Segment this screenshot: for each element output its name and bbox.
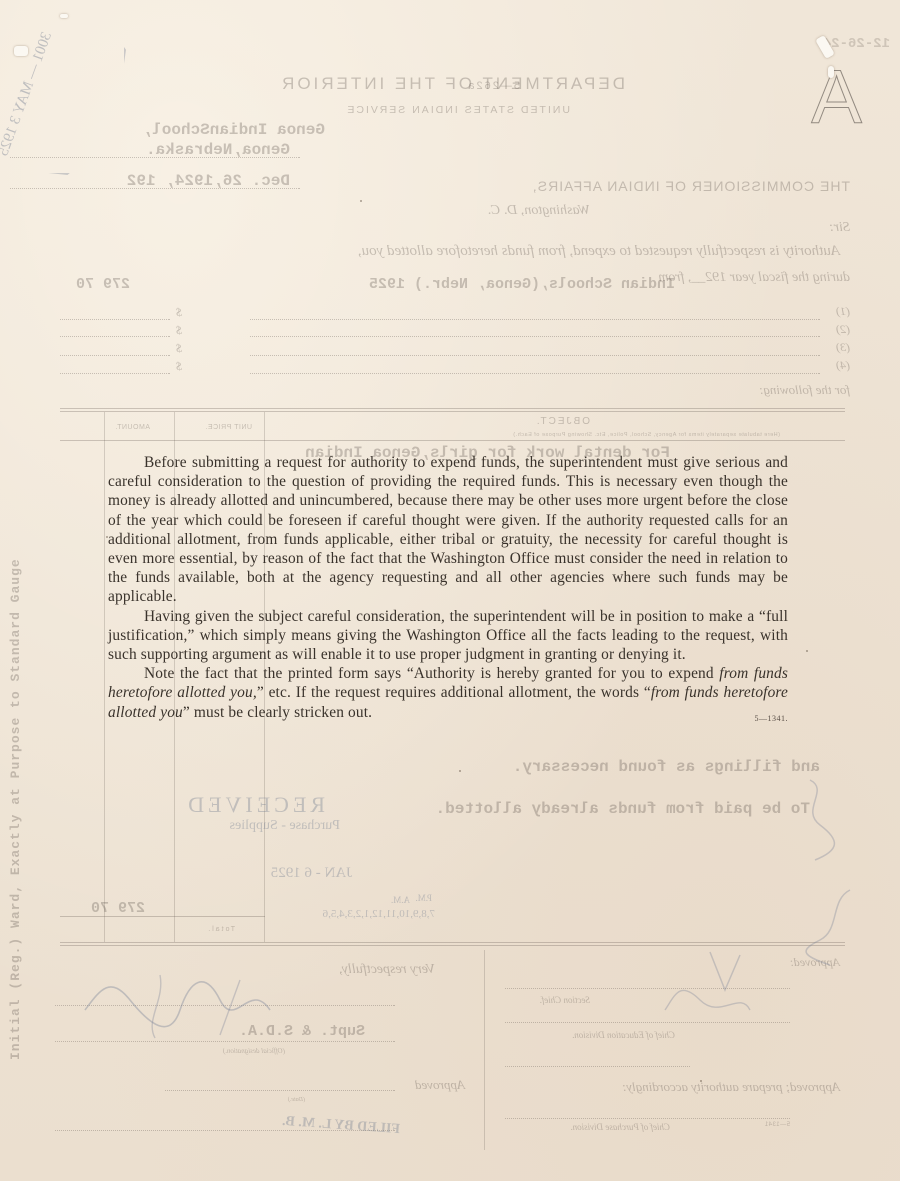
ghost-dollar: $ xyxy=(176,359,182,374)
ghost-request-line: Authority is respectfully requested to e… xyxy=(358,243,840,260)
ghost-for-following: for the following: xyxy=(759,382,850,398)
ghost-approved-colon: Approved: xyxy=(790,955,840,970)
ghost-small-code: 5—1341 xyxy=(764,1122,790,1128)
ghost-dollar: $ xyxy=(176,323,182,338)
form-code: 5—1341. xyxy=(719,709,789,728)
ghost-amount-header: AMOUNT. xyxy=(115,424,150,431)
paragraph-3-text: ” etc. If the request requires additiona… xyxy=(257,684,651,701)
ghost-fiscal-prefix: during the fiscal year 192__, from xyxy=(658,270,850,286)
paragraph-3-text: Note the fact that the printed form says… xyxy=(144,665,719,682)
ghost-service: UNITED STATES INDIAN SERVICE xyxy=(345,104,570,116)
ghost-purchase-chief: Chief of Purchase Division. xyxy=(570,1122,670,1132)
ghost-section-chief: Section Chief. xyxy=(540,995,591,1005)
ghost-city: Washington, D. C. xyxy=(487,203,590,219)
staple-hole-icon xyxy=(828,66,834,78)
instruction-paragraph-3: Note the fact that the printed form says… xyxy=(108,664,788,722)
ghost-fund-name: Indian Schools,(Genoa, Nebr.) 1925 xyxy=(369,276,675,293)
ghost-date: Dec. 26,1924, 192 xyxy=(127,172,290,190)
ghost-date-label: (Date.) xyxy=(288,1097,305,1103)
handwritten-initials-icon xyxy=(650,950,770,1030)
ghost-dollar: $ xyxy=(176,305,182,320)
ghost-prepare-authority: Approved; prepare authority accordingly: xyxy=(622,1079,840,1095)
ghost-education-chief: Chief of Education Division. xyxy=(572,1030,675,1040)
ghost-line-label: (3) xyxy=(836,340,850,355)
instruction-block: Before submitting a request for authorit… xyxy=(108,453,788,728)
ghost-paid-from: To be paid from funds already allotted. xyxy=(436,800,810,818)
ghost-department: DEPARTMENT OF THE INTERIOR xyxy=(279,74,625,94)
ghost-school: Genoa IndianSchool, xyxy=(143,121,325,139)
ghost-total-label: Total. xyxy=(206,926,235,933)
ghost-total-amount: 279 70 xyxy=(91,900,145,917)
ghost-line-label: (1) xyxy=(836,304,850,319)
paper-speck xyxy=(106,536,108,538)
paper-speck xyxy=(459,770,461,772)
ghost-approved-label: Approved xyxy=(415,1077,465,1093)
staple-hole-icon xyxy=(815,35,835,59)
ghost-object-note: (Here tabulate separately items for Agen… xyxy=(513,432,780,438)
ghost-signature-title: Supt. & S.D.A. xyxy=(239,1023,365,1040)
ghost-unit-price-header: UNIT PRICE. xyxy=(205,424,252,431)
ghost-item-line-2: and fillings as found necessary. xyxy=(513,758,820,776)
paper-speck xyxy=(360,200,362,202)
ghost-salutation: Sir: xyxy=(829,220,850,236)
ghost-line-label: (4) xyxy=(836,358,850,373)
ghost-object-header: OBJECT. xyxy=(535,416,590,427)
ghost-clock-hours: 7,8,9,10,11,12,1,2,3,4,5,6 xyxy=(323,908,435,920)
margin-vertical-text: Initial (Reg.) Ward, Exactly at Purpose … xyxy=(8,558,23,1060)
handwritten-margin-note-icon xyxy=(780,770,870,970)
ghost-addressee: THE COMMISSIONER OF INDIAN AFFAIRS, xyxy=(532,178,850,194)
instruction-paragraph-1: Before submitting a request for authorit… xyxy=(108,453,788,607)
ghost-line-label: (2) xyxy=(836,322,850,337)
ghost-received-stamp: RECEIVED xyxy=(184,792,325,818)
ghost-dollar: $ xyxy=(176,341,182,356)
paragraph-3-text: ” must be clearly stricken out. xyxy=(183,704,372,721)
paper-speck xyxy=(700,1080,702,1082)
corner-letter-mark: A xyxy=(811,54,862,141)
ghost-filed-by-stamp: FILED BY L. M. B. xyxy=(281,1114,400,1138)
handwritten-signature-icon xyxy=(80,970,280,1040)
ghost-date-stamp: 12-26-24 xyxy=(823,36,890,52)
ghost-official-designation: (Official designation.) xyxy=(223,1047,285,1055)
staple-hole-icon xyxy=(14,46,28,56)
ghost-received-dept: Purchase - Supplies xyxy=(230,818,340,834)
ghost-form-number: 5—262a xyxy=(466,80,520,92)
ghost-fund-amount: 279 70 xyxy=(76,276,130,293)
ghost-received-date: JAN - 6 1925 xyxy=(271,865,352,882)
ghost-clock-am: A.M. xyxy=(391,895,410,905)
staple-hole-icon xyxy=(60,14,68,18)
instruction-paragraph-2: Having given the subject careful conside… xyxy=(108,607,788,665)
ghost-closing: Very respectfully, xyxy=(339,962,435,978)
paper-speck xyxy=(806,650,808,652)
ghost-clock-pm: P.M. xyxy=(415,893,432,903)
ghost-location: Genoa,Nebraska. xyxy=(146,141,290,159)
